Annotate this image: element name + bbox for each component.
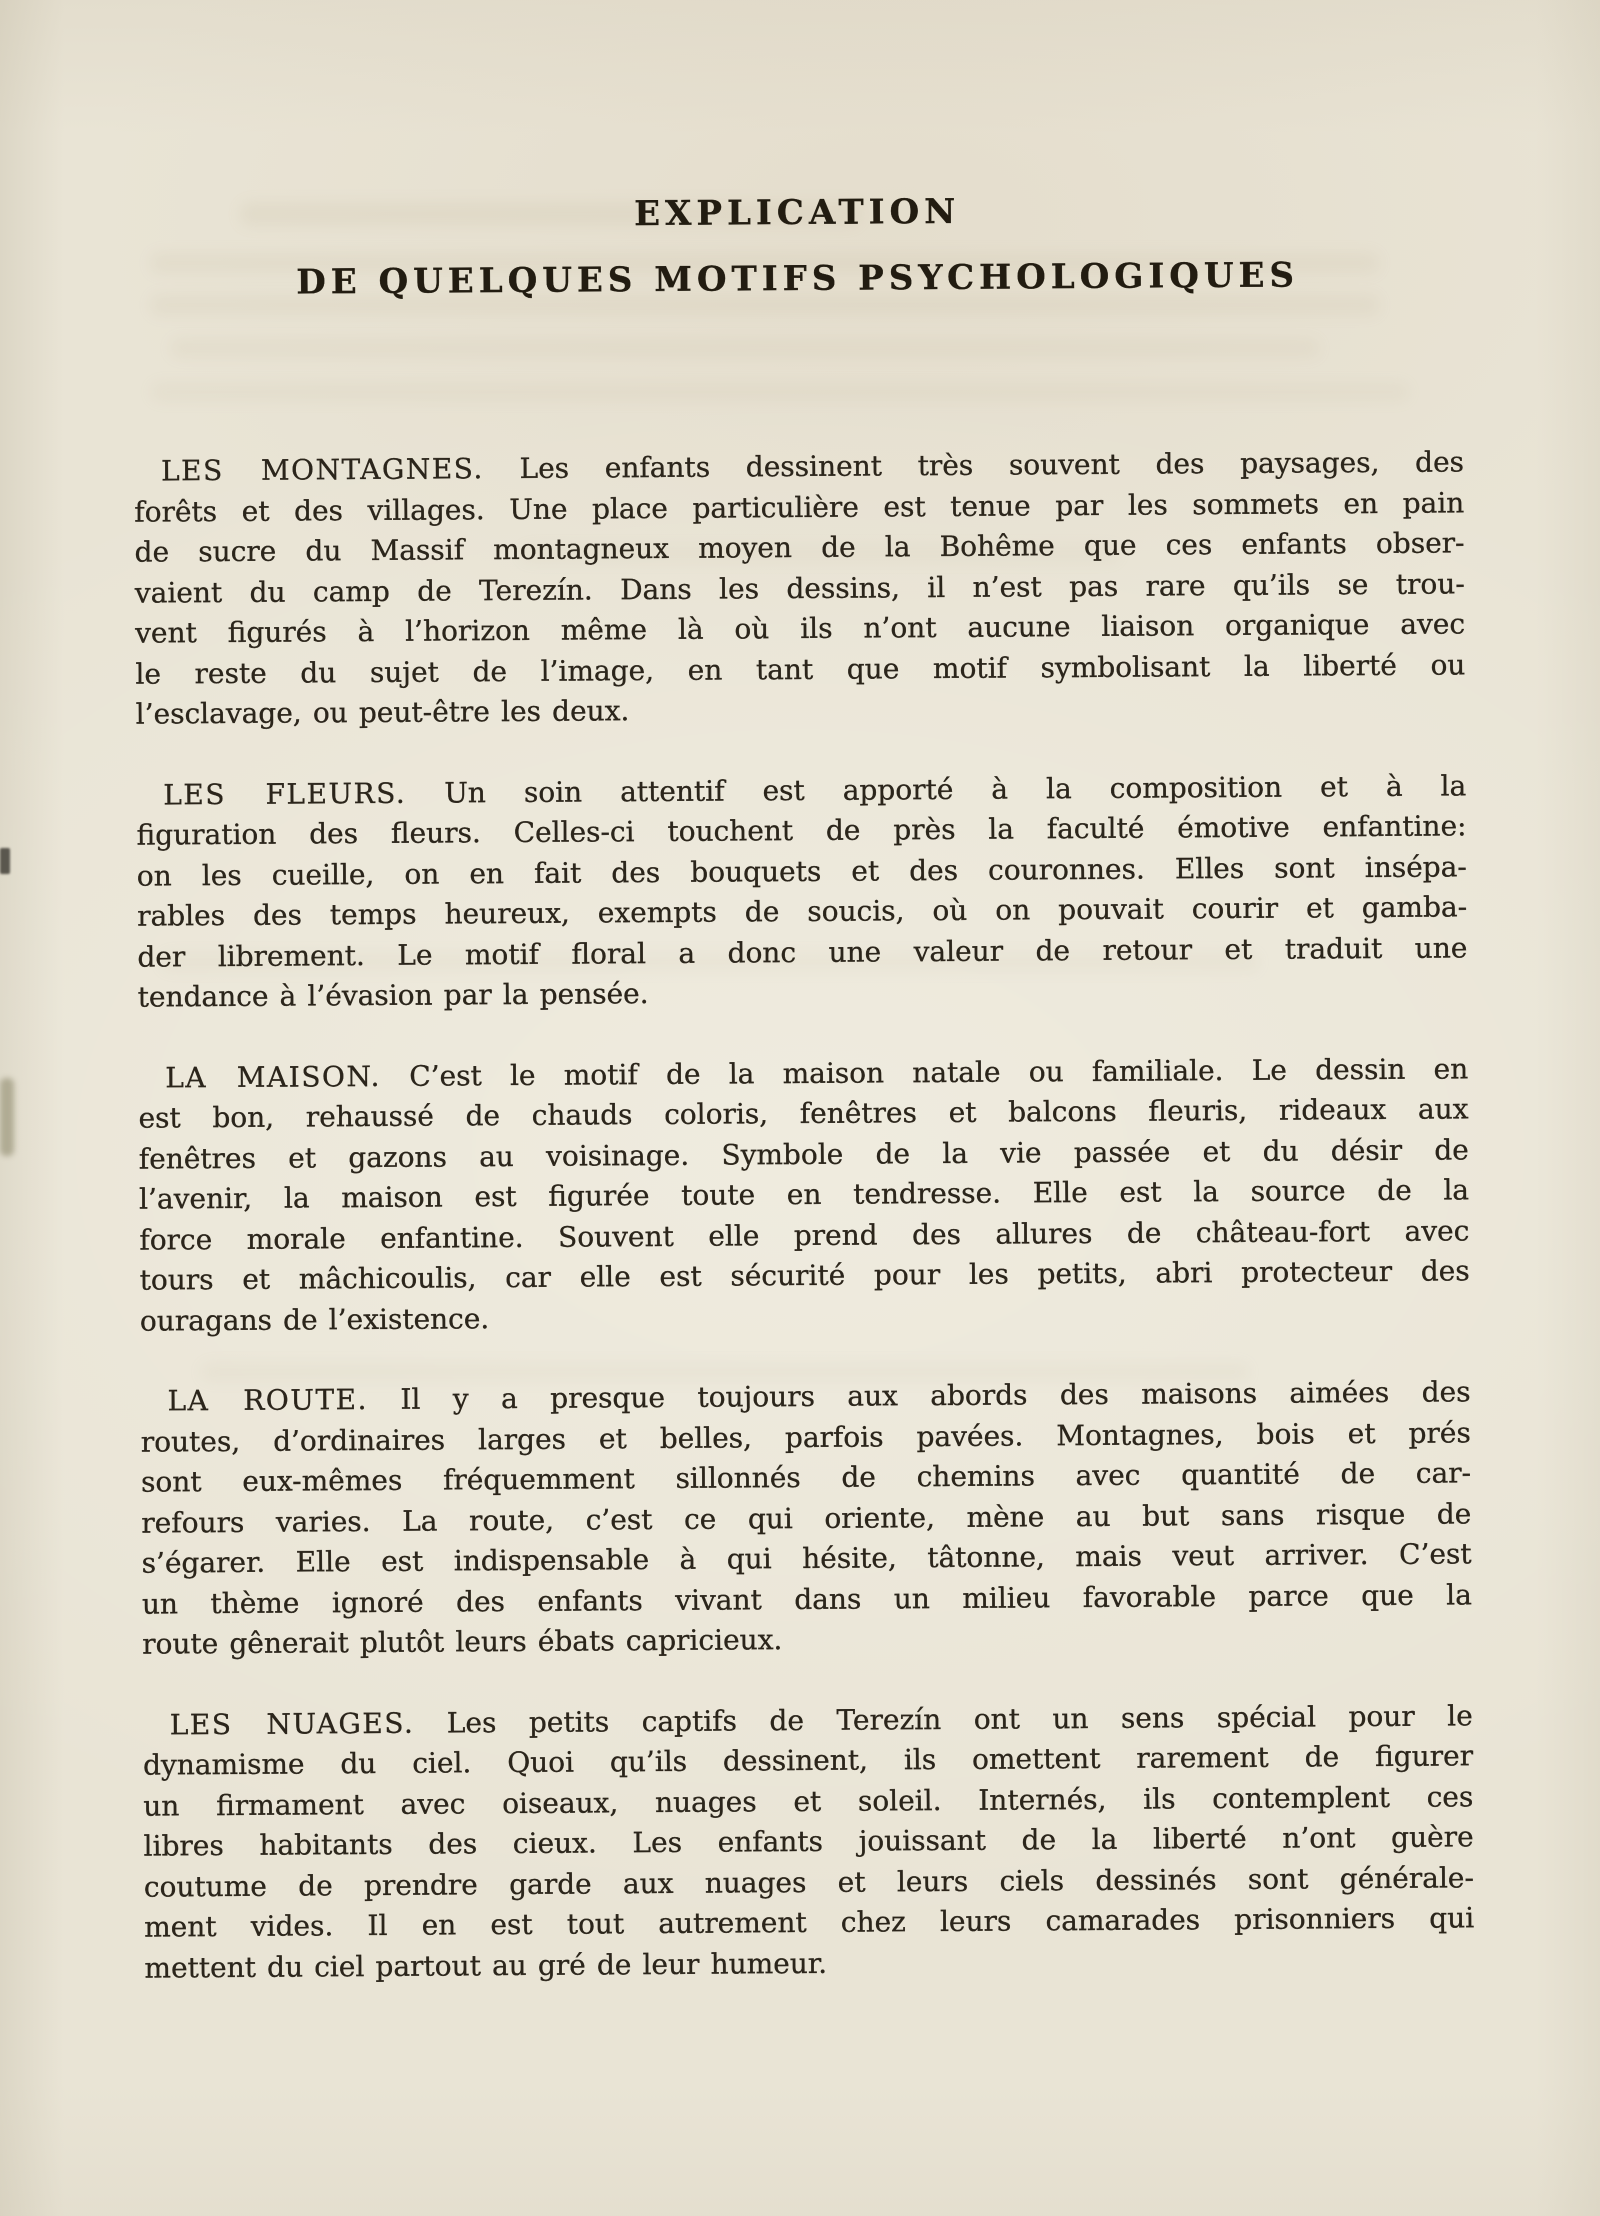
scan-edge-smudge xyxy=(0,1078,14,1156)
paragraph: LA MAISON. C’est le motif de la maison n… xyxy=(138,1049,1470,1342)
paragraph-first-line-text: C’est le motif de la maison natale ou fa… xyxy=(409,1052,1468,1092)
scan-edge-dash xyxy=(0,848,10,874)
paragraph-heading: LES FLEURS. xyxy=(163,776,406,811)
paragraph-heading: LA ROUTE. xyxy=(167,1383,368,1417)
paragraph-line: ouragans de l’existence. xyxy=(140,1292,1470,1342)
title-line-1: EXPLICATION xyxy=(132,175,1462,250)
paragraph-line: route gênerait plutôt leurs ébats capric… xyxy=(142,1615,1472,1665)
paragraph: LES MONTAGNES. Les enfants dessinent trè… xyxy=(134,442,1466,735)
paragraph-line: tendance à l’évasion par la pensée. xyxy=(138,968,1468,1018)
paragraph-first-line-text: Les enfants dessinent très souvent des p… xyxy=(519,445,1464,485)
paragraph: LA ROUTE. Il y a presque toujours aux ab… xyxy=(140,1372,1472,1665)
page-title: EXPLICATION DE QUELQUES MOTIFS PSYCHOLOG… xyxy=(132,175,1463,316)
body-paragraphs: LES MONTAGNES. Les enfants dessinent trè… xyxy=(134,442,1475,1988)
title-line-2: DE QUELQUES MOTIFS PSYCHOLOGIQUES xyxy=(132,241,1462,316)
paragraph-line: l’esclavage, ou peut-être les deux. xyxy=(136,685,1466,735)
scanned-book-page: EXPLICATION DE QUELQUES MOTIFS PSYCHOLOG… xyxy=(0,0,1600,2216)
paragraph-heading: LES MONTAGNES. xyxy=(161,452,484,487)
page-content: EXPLICATION DE QUELQUES MOTIFS PSYCHOLOG… xyxy=(132,175,1475,1988)
paragraph-first-line-text: Les petits captifs de Terezín ont un sen… xyxy=(447,1699,1473,1739)
paragraph: LES NUAGES. Les petits captifs de Terezí… xyxy=(143,1696,1475,1989)
paragraph-heading: LES NUAGES. xyxy=(170,1706,415,1741)
paragraph-line: mettent du ciel partout au gré de leur h… xyxy=(144,1939,1474,1989)
paragraph: LES FLEURS. Un soin attentif est apporté… xyxy=(136,766,1468,1018)
paragraph-heading: LA MAISON. xyxy=(165,1059,381,1094)
paragraph-first-line-text: Il y a presque toujours aux abords des m… xyxy=(400,1375,1470,1415)
paragraph-first-line-text: Un soin attentif est apporté à la compos… xyxy=(444,769,1466,809)
